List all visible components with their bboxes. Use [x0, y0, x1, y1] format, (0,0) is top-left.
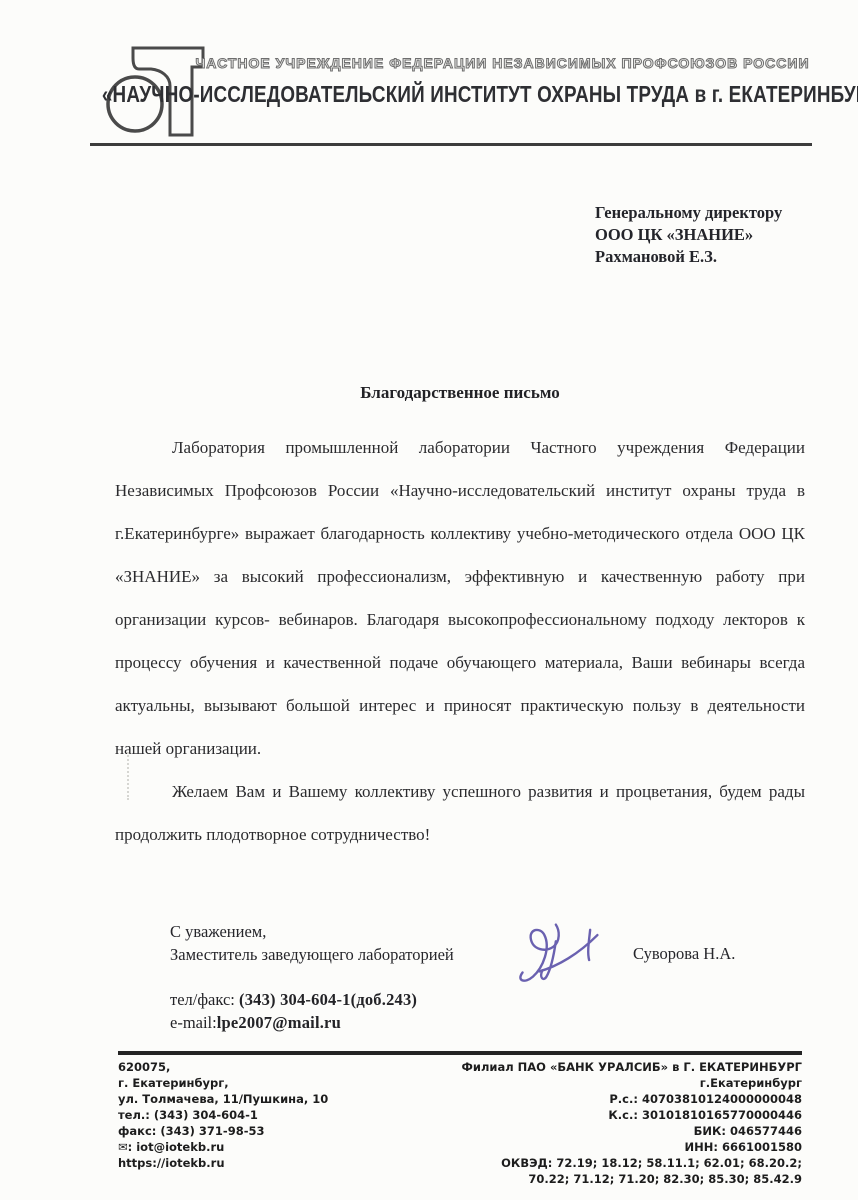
- letter-title: Благодарственное письмо: [115, 383, 805, 403]
- org-name-line: «НАУЧНО-ИССЛЕДОВАТЕЛЬСКИЙ ИНСТИТУТ ОХРАН…: [102, 81, 858, 108]
- inn: ИНН: 6661001580: [418, 1139, 802, 1155]
- recipient-position: Генеральному директору: [595, 202, 782, 224]
- header-rule: [90, 143, 812, 146]
- email-label: e-mail:: [170, 1013, 217, 1032]
- footer-address-column: 620075, г. Екатеринбург, ул. Толмачева, …: [118, 1059, 418, 1187]
- signatory-position: Заместитель заведующего лабораторией: [170, 943, 454, 966]
- footer: 620075, г. Екатеринбург, ул. Толмачева, …: [118, 1059, 802, 1187]
- phone-label: тел/факс:: [170, 990, 239, 1009]
- bank-name: Филиал ПАО «БАНК УРАЛСИБ» в Г. ЕКАТЕРИНБ…: [418, 1059, 802, 1091]
- closing-salutation: С уважением,: [170, 920, 454, 943]
- letterhead: ЧАСТНОЕ УЧРЕЖДЕНИЕ ФЕДЕРАЦИИ НЕЗАВИСИМЫХ…: [180, 55, 825, 108]
- closing-block: С уважением, Заместитель заведующего лаб…: [170, 920, 454, 966]
- phone-line: тел/факс: (343) 304-604-1(доб.243): [170, 988, 417, 1011]
- phone: тел.: (343) 304-604-1: [118, 1107, 418, 1123]
- phone-value: (343) 304-604-1(доб.243): [239, 990, 417, 1009]
- contact-lines: тел/факс: (343) 304-604-1(доб.243) e-mai…: [170, 988, 417, 1034]
- website: https://iotekb.ru: [118, 1155, 418, 1171]
- recipient-block: Генеральному директору ООО ЦК «ЗНАНИЕ» Р…: [595, 202, 782, 268]
- city: г. Екатеринбург,: [118, 1075, 418, 1091]
- street-address: ул. Толмачева, 11/Пушкина, 10: [118, 1091, 418, 1107]
- email-footer-line: ✉: iot@iotekb.ru: [118, 1139, 418, 1155]
- okved-line-2: 70.22; 71.12; 71.20; 82.30; 85.30; 85.42…: [418, 1171, 802, 1187]
- envelope-icon: ✉: [118, 1140, 128, 1154]
- body-paragraph-2: Желаем Вам и Вашему коллективу успешного…: [115, 770, 805, 856]
- settlement-account: Р.с.: 40703810124000000048: [418, 1091, 802, 1107]
- body-paragraph-1: Лаборатория промышленной лаборатории Час…: [115, 426, 805, 770]
- footer-bank-column: Филиал ПАО «БАНК УРАЛСИБ» в Г. ЕКАТЕРИНБ…: [418, 1059, 802, 1187]
- email-value: lpe2007@mail.ru: [217, 1013, 341, 1032]
- scan-artifact: [127, 752, 131, 800]
- org-type-line: ЧАСТНОЕ УЧРЕЖДЕНИЕ ФЕДЕРАЦИИ НЕЗАВИСИМЫХ…: [195, 55, 809, 71]
- correspondent-account: К.с.: 30101810165770000446: [418, 1107, 802, 1123]
- footer-rule: [118, 1051, 802, 1055]
- handwritten-signature: [508, 908, 612, 992]
- recipient-name: Рахмановой Е.З.: [595, 246, 782, 268]
- signatory-name: Суворова Н.А.: [633, 944, 735, 964]
- scanned-letter-page: ЧАСТНОЕ УЧРЕЖДЕНИЕ ФЕДЕРАЦИИ НЕЗАВИСИМЫХ…: [0, 0, 858, 1200]
- postal-code: 620075,: [118, 1059, 418, 1075]
- footer-email: : iot@iotekb.ru: [128, 1140, 225, 1154]
- recipient-company: ООО ЦК «ЗНАНИЕ»: [595, 224, 782, 246]
- email-line: e-mail:lpe2007@mail.ru: [170, 1011, 417, 1034]
- okved-line-1: ОКВЭД: 72.19; 18.12; 58.11.1; 62.01; 68.…: [418, 1155, 802, 1171]
- bik: БИК: 046577446: [418, 1123, 802, 1139]
- fax: факс: (343) 371-98-53: [118, 1123, 418, 1139]
- letter-body: Лаборатория промышленной лаборатории Час…: [115, 426, 805, 856]
